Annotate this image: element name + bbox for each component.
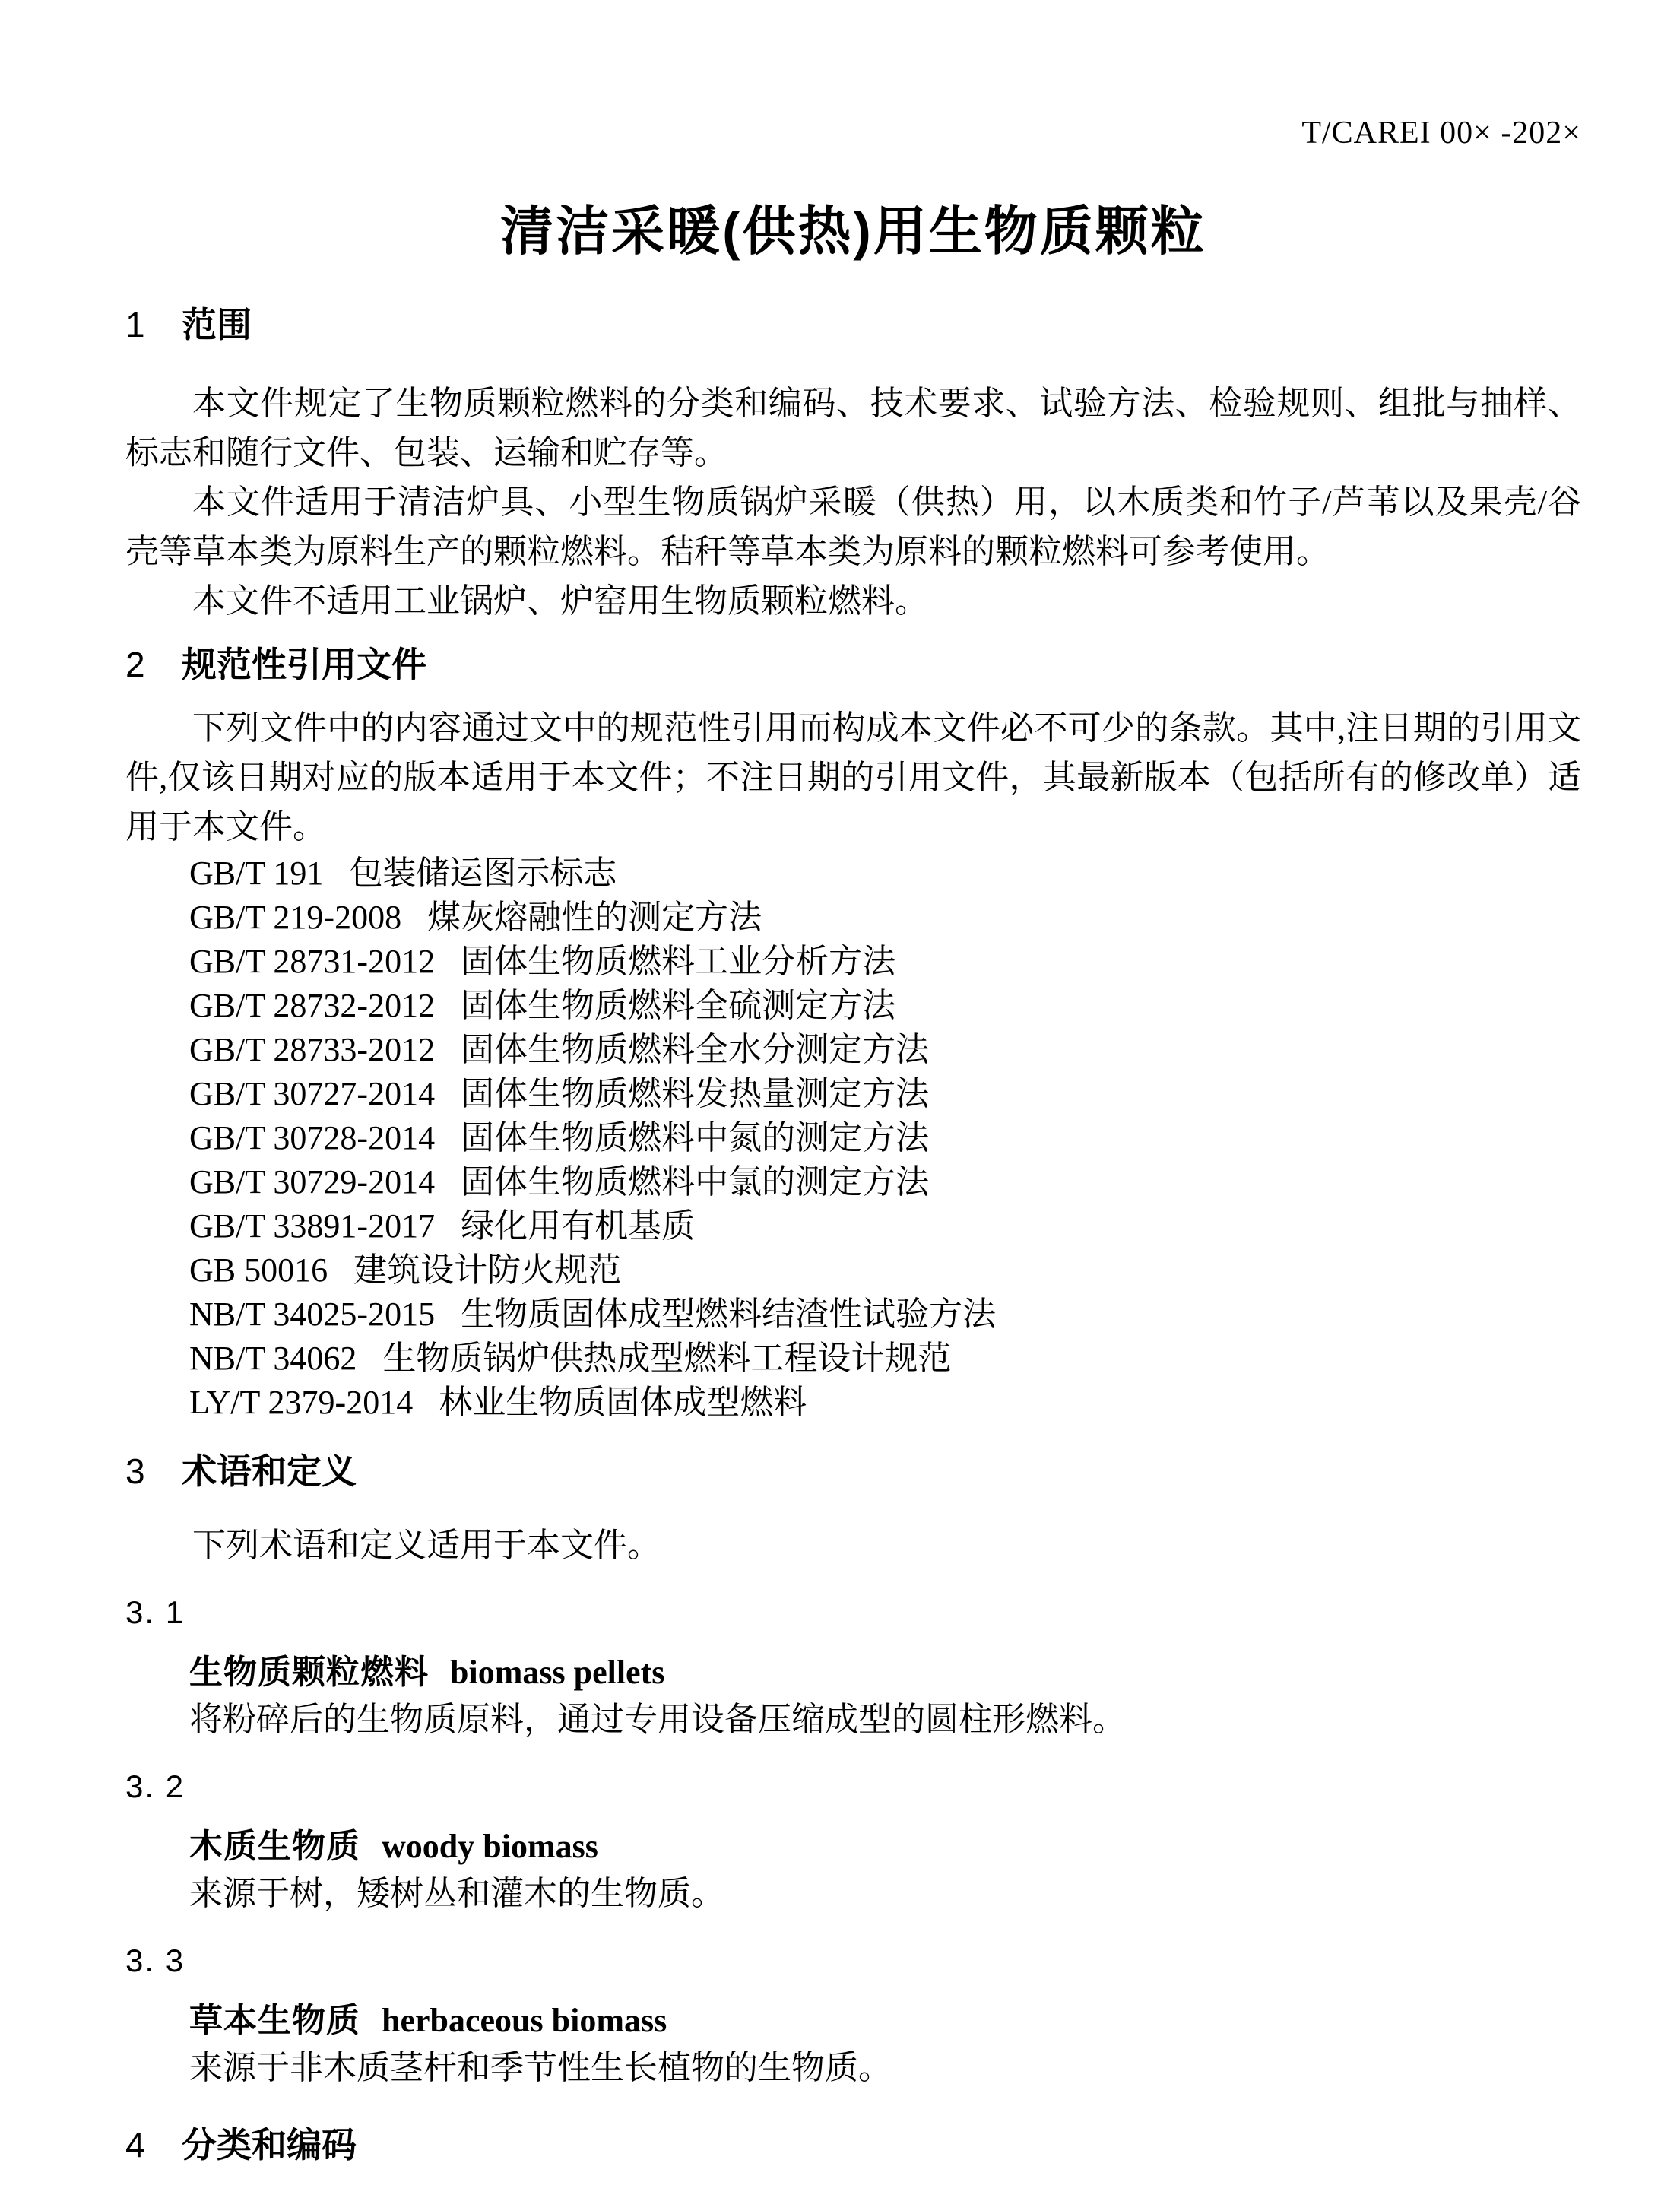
reference-item: GB/T 219-2008煤灰熔融性的测定方法 xyxy=(189,896,1581,940)
reference-code: GB/T 30727-2014 xyxy=(189,1075,435,1112)
reference-code: GB/T 33891-2017 xyxy=(189,1207,435,1245)
reference-item: NB/T 34062生物质锅炉供热成型燃料工程设计规范 xyxy=(189,1337,1581,1381)
term-chinese: 木质生物质 xyxy=(189,1828,360,1865)
document-title: 清洁采暖(供热)用生物质颗粒 xyxy=(125,196,1581,266)
reference-code: GB/T 30729-2014 xyxy=(189,1163,435,1200)
reference-item: GB/T 28733-2012固体生物质燃料全水分测定方法 xyxy=(189,1028,1581,1072)
reference-item: GB 50016建筑设计防火规范 xyxy=(189,1248,1581,1292)
reference-title: 林业生物质固体成型燃料 xyxy=(439,1384,807,1421)
section-number: 2 xyxy=(125,642,148,687)
reference-title: 煤灰熔融性的测定方法 xyxy=(427,899,762,936)
term-label-3-2: 3. 2 xyxy=(125,1765,1581,1808)
reference-item: GB/T 30728-2014固体生物质燃料中氮的测定方法 xyxy=(189,1116,1581,1160)
term-english: woody biomass xyxy=(382,1828,598,1865)
section-number: 3 xyxy=(125,1449,148,1493)
reference-code: GB/T 219-2008 xyxy=(189,899,401,936)
term-chinese: 草本生物质 xyxy=(189,2002,360,2039)
reference-item: GB/T 28732-2012固体生物质燃料全硫测定方法 xyxy=(189,984,1581,1028)
reference-code: GB/T 30728-2014 xyxy=(189,1119,435,1156)
term-chinese: 生物质颗粒燃料 xyxy=(189,1654,429,1691)
section-number: 4 xyxy=(125,2123,148,2167)
term-english: biomass pellets xyxy=(450,1654,664,1691)
term-name: 木质生物质woody biomass xyxy=(125,1825,1581,1869)
section-scope-heading: 1 范围 xyxy=(125,303,1581,347)
term-label-3-1: 3. 1 xyxy=(125,1591,1581,1634)
document-page: T/CAREI 00× -202× 清洁采暖(供热)用生物质颗粒 1 范围 本文… xyxy=(0,0,1680,2198)
reference-item: GB/T 30727-2014固体生物质燃料发热量测定方法 xyxy=(189,1072,1581,1116)
term-definition: 来源于非木质茎杆和季节性生长植物的生物质。 xyxy=(125,2043,1581,2092)
term-label-3-3: 3. 3 xyxy=(125,1940,1581,1982)
reference-title: 固体生物质燃料工业分析方法 xyxy=(461,943,895,980)
normative-reference-list: GB/T 191包装储运图示标志 GB/T 219-2008煤灰熔融性的测定方法… xyxy=(125,852,1581,1425)
reference-code: GB/T 28732-2012 xyxy=(189,987,435,1024)
reference-code: GB/T 191 xyxy=(189,855,323,892)
reference-item: LY/T 2379-2014林业生物质固体成型燃料 xyxy=(189,1381,1581,1425)
reference-title: 固体生物质燃料全水分测定方法 xyxy=(461,1031,929,1068)
reference-title: 建筑设计防火规范 xyxy=(353,1251,621,1289)
reference-code: NB/T 34025-2015 xyxy=(189,1296,435,1333)
reference-item: GB/T 33891-2017绿化用有机基质 xyxy=(189,1204,1581,1248)
reference-code: NB/T 34062 xyxy=(189,1340,357,1377)
reference-code: GB/T 28733-2012 xyxy=(189,1031,435,1068)
scope-paragraph: 本文件适用于清洁炉具、小型生物质锅炉采暖（供热）用，以木质类和竹子/芦苇以及果壳… xyxy=(125,477,1581,576)
term-definition: 来源于树，矮树丛和灌木的生物质。 xyxy=(125,1869,1581,1918)
term-english: herbaceous biomass xyxy=(382,2002,667,2039)
reference-title: 固体生物质燃料中氯的测定方法 xyxy=(461,1163,929,1200)
reference-code: GB/T 28731-2012 xyxy=(189,943,435,980)
term-name: 生物质颗粒燃料biomass pellets xyxy=(125,1651,1581,1695)
section-title: 分类和编码 xyxy=(182,2123,357,2167)
reference-item: GB/T 30729-2014固体生物质燃料中氯的测定方法 xyxy=(189,1160,1581,1204)
reference-title: 固体生物质燃料中氮的测定方法 xyxy=(461,1119,929,1156)
section-title: 术语和定义 xyxy=(182,1449,357,1493)
reference-title: 绿化用有机基质 xyxy=(461,1207,695,1245)
reference-code: LY/T 2379-2014 xyxy=(189,1384,413,1421)
section-title: 范围 xyxy=(182,303,252,347)
section-references-heading: 2 规范性引用文件 xyxy=(125,642,1581,687)
term-name: 草本生物质herbaceous biomass xyxy=(125,1999,1581,2043)
reference-title: 固体生物质燃料全硫测定方法 xyxy=(461,987,895,1024)
reference-title: 生物质锅炉供热成型燃料工程设计规范 xyxy=(382,1340,951,1377)
scope-paragraph: 本文件不适用工业锅炉、炉窑用生物质颗粒燃料。 xyxy=(125,576,1581,626)
section-terms-heading: 3 术语和定义 xyxy=(125,1449,1581,1493)
reference-item: GB/T 28731-2012固体生物质燃料工业分析方法 xyxy=(189,940,1581,984)
reference-item: GB/T 191包装储运图示标志 xyxy=(189,852,1581,896)
standard-code: T/CAREI 00× -202× xyxy=(125,114,1581,152)
term-definition: 将粉碎后的生物质原料，通过专用设备压缩成型的圆柱形燃料。 xyxy=(125,1695,1581,1744)
scope-paragraph: 本文件规定了生物质颗粒燃料的分类和编码、技术要求、试验方法、检验规则、组批与抽样… xyxy=(125,379,1581,477)
terms-intro: 下列术语和定义适用于本文件。 xyxy=(125,1521,1581,1570)
section-title: 规范性引用文件 xyxy=(182,642,426,687)
reference-title: 包装储运图示标志 xyxy=(349,855,617,892)
reference-title: 生物质固体成型燃料结渣性试验方法 xyxy=(461,1296,996,1333)
section-number: 1 xyxy=(125,303,148,347)
reference-item: NB/T 34025-2015生物质固体成型燃料结渣性试验方法 xyxy=(189,1292,1581,1337)
section-classification-heading: 4 分类和编码 xyxy=(125,2123,1581,2167)
reference-code: GB 50016 xyxy=(189,1251,328,1289)
reference-title: 固体生物质燃料发热量测定方法 xyxy=(461,1075,929,1112)
references-intro: 下列文件中的内容通过文中的规范性引用而构成本文件必不可少的条款。其中,注日期的引… xyxy=(125,703,1581,852)
